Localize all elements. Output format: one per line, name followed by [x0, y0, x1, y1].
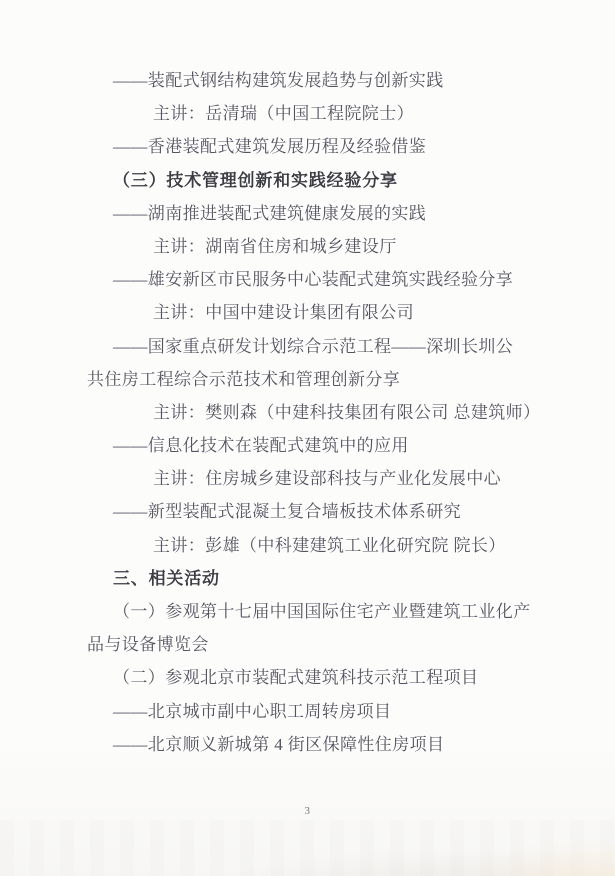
text-line: （一）参观第十七届中国国际住宅产业暨建筑工业化产 [87, 595, 585, 628]
text-line: 主讲：住房城乡建设部科技与产业化发展中心 [87, 462, 585, 495]
document-page: ——装配式钢结构建筑发展趋势与创新实践主讲：岳清瑞（中国工程院院士）——香港装配… [0, 0, 615, 876]
text-line: 主讲：樊则森（中建科技集团有限公司 总建筑师） [87, 396, 585, 429]
page-footer: 3 [0, 801, 615, 819]
document-body: ——装配式钢结构建筑发展趋势与创新实践主讲：岳清瑞（中国工程院院士）——香港装配… [87, 64, 585, 761]
text-line: ——雄安新区市民服务中心装配式建筑实践经验分享 [87, 263, 585, 296]
text-line: （二）参观北京市装配式建筑科技示范工程项目 [87, 661, 585, 694]
text-line: 主讲：中国中建设计集团有限公司 [87, 296, 585, 329]
text-line: ——北京顺义新城第 4 街区保障性住房项目 [87, 728, 585, 761]
text-line: 主讲：湖南省住房和城乡建设厅 [87, 230, 585, 263]
scan-banding-artifact [0, 820, 615, 876]
text-line: 共住房工程综合示范技术和管理创新分享 [87, 363, 585, 396]
text-line: 主讲：岳清瑞（中国工程院院士） [87, 97, 585, 130]
text-line: ——湖南推进装配式建筑健康发展的实践 [87, 197, 585, 230]
text-line: 主讲：彭雄（中科建建筑工业化研究院 院长） [87, 529, 585, 562]
text-line: ——北京城市副中心职工周转房项目 [87, 695, 585, 728]
text-line: ——装配式钢结构建筑发展趋势与创新实践 [87, 64, 585, 97]
heading-line: （三）技术管理创新和实践经验分享 [87, 164, 585, 197]
heading-line: 三、相关活动 [87, 562, 585, 595]
text-line: ——国家重点研发计划综合示范工程——深圳长圳公 [87, 330, 585, 363]
text-line: ——新型装配式混凝土复合墙板技术体系研究 [87, 495, 585, 528]
text-line: ——信息化技术在装配式建筑中的应用 [87, 429, 585, 462]
page-number: 3 [305, 805, 311, 817]
text-line: 品与设备博览会 [87, 628, 585, 661]
text-line: ——香港装配式建筑发展历程及经验借鉴 [87, 130, 585, 163]
